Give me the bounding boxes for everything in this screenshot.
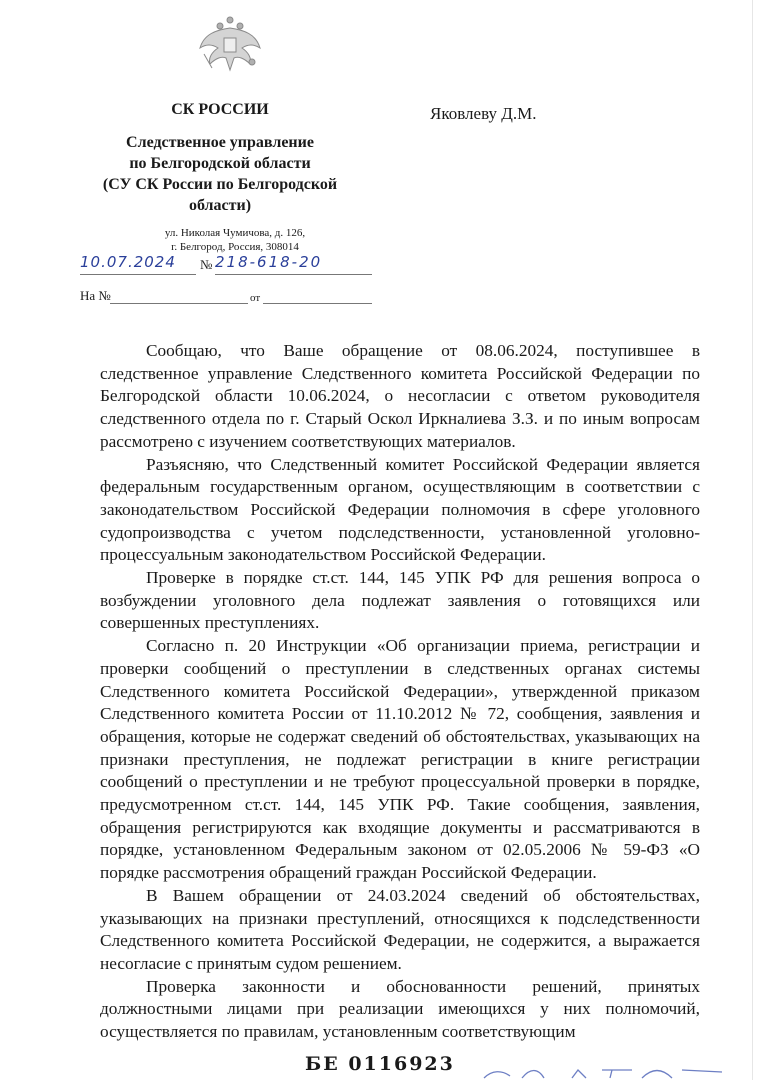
body-paragraph: Разъясняю, что Следственный комитет Росс… [100,454,700,568]
reference-from-label: от [250,292,260,304]
registration-number-label: № [200,257,212,273]
registration-number: 218-618-20 [215,253,372,275]
org-full-name: Следственное управление по Белгородской … [60,132,380,216]
page-edge [752,0,753,1080]
org-full-line: области) [60,195,380,216]
body-paragraph: Проверка законности и обоснованности реш… [100,976,700,1044]
reference-number-label: На № [80,288,111,304]
reference-line: На № от [80,288,372,306]
registration-line: 10.07.2024 № 218-618-20 [80,253,372,275]
body-paragraph: Проверке в порядке ст.ст. 144, 145 УПК Р… [100,567,700,635]
body-paragraph: В Вашем обращении от 24.03.2024 сведений… [100,885,700,976]
org-full-line: по Белгородской области [60,153,380,174]
coat-of-arms-icon [196,14,264,74]
reference-from-blank [263,288,372,304]
org-full-line: (СУ СК России по Белгородской [60,174,380,195]
reference-number-blank [110,288,248,304]
body-paragraph: Согласно п. 20 Инструкции «Об организаци… [100,635,700,885]
handwritten-note-icon [482,1066,732,1080]
form-serial-number: БЕ 0116923 [305,1053,455,1075]
recipient-name: Яковлеву Д.М. [430,104,536,124]
body-paragraph: Сообщаю, что Ваше обращение от 08.06.202… [100,340,700,454]
org-full-line: Следственное управление [60,132,380,153]
letterhead: СК РОССИИ Следственное управление по Бел… [60,100,380,254]
org-address: ул. Николая Чумичова, д. 126, г. Белгоро… [60,226,380,254]
letter-body: Сообщаю, что Ваше обращение от 08.06.202… [100,340,700,1044]
registration-date: 10.07.2024 [80,253,196,275]
address-line: г. Белгород, Россия, 308014 [90,240,380,254]
address-line: ул. Николая Чумичова, д. 126, [90,226,380,240]
org-short-name: СК РОССИИ [60,100,380,120]
